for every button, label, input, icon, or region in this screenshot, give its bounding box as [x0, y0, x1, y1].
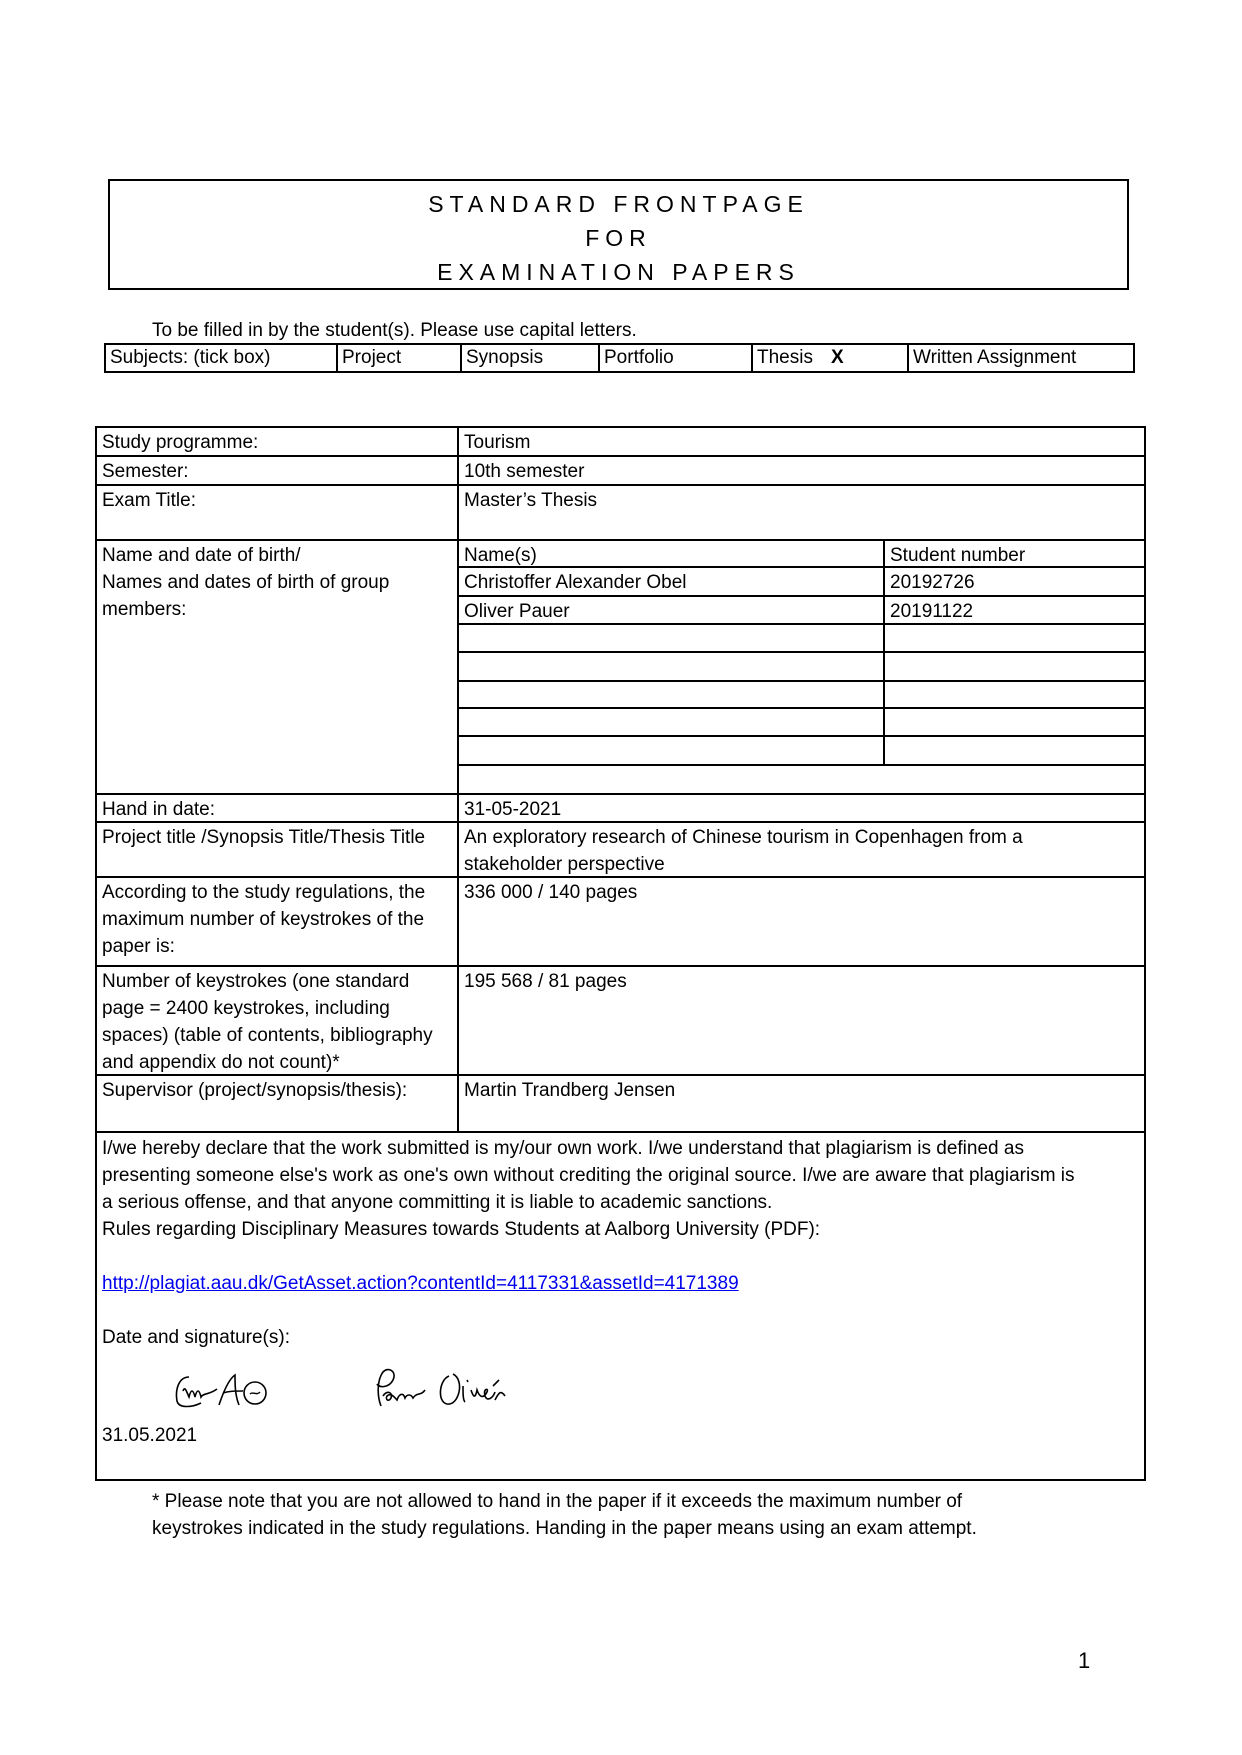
label-line: and appendix do not count)*	[102, 1049, 433, 1076]
hand-in-date-value[interactable]: 31-05-2021	[459, 794, 566, 825]
page-title-box: STANDARD FRONTPAGE FOR EXAMINATION PAPER…	[108, 179, 1129, 290]
member-name-cell[interactable]	[459, 708, 469, 712]
declaration-line: Rules regarding Disciplinary Measures to…	[102, 1216, 1137, 1243]
member-student-number-cell[interactable]	[885, 624, 895, 628]
member-student-number-cell[interactable]	[885, 708, 895, 712]
tick-mark: X	[831, 347, 844, 368]
project-title-line: stakeholder perspective	[464, 851, 1023, 878]
subject-portfolio[interactable]: Portfolio	[599, 344, 752, 372]
member-student-number-cell[interactable]	[885, 652, 895, 656]
members-label-line: Names and dates of birth of group	[102, 569, 389, 596]
label-line: Number of keystrokes (one standard	[102, 968, 433, 995]
member-name-cell[interactable]: Christoffer Alexander Obel	[459, 567, 692, 598]
footnote: * Please note that you are not allowed t…	[152, 1488, 977, 1542]
max-keystrokes-value[interactable]: 336 000 / 140 pages	[459, 877, 642, 908]
member-student-number-cell[interactable]: 20191122	[885, 596, 978, 627]
keystrokes-value[interactable]: 195 568 / 81 pages	[459, 966, 632, 997]
semester-value[interactable]: 10th semester	[459, 456, 589, 487]
declaration-line: I/we hereby declare that the work submit…	[102, 1135, 1137, 1162]
declaration-line: presenting someone else's work as one's …	[102, 1162, 1137, 1189]
member-name-cell[interactable]	[459, 736, 469, 740]
supervisor-value[interactable]: Martin Trandberg Jensen	[459, 1075, 680, 1106]
declaration-line: a serious offense, and that anyone commi…	[102, 1189, 1137, 1216]
study-programme-label: Study programme:	[97, 427, 263, 458]
title-line-1: STANDARD FRONTPAGE	[110, 187, 1127, 221]
label-line: spaces) (table of contents, bibliography	[102, 1022, 433, 1049]
instruction-text: To be filled in by the student(s). Pleas…	[152, 320, 637, 342]
exam-title-value[interactable]: Master’s Thesis	[459, 485, 602, 516]
members-label-line: members:	[102, 596, 389, 623]
signature-oliver-pauer	[367, 1366, 527, 1412]
footnote-line: * Please note that you are not allowed t…	[152, 1488, 977, 1515]
project-title-line: An exploratory research of Chinese touri…	[464, 824, 1023, 851]
signature-label: Date and signature(s):	[102, 1324, 1137, 1351]
subject-label: Written Assignment	[913, 347, 1076, 368]
plagiarism-rules-link[interactable]: http://plagiat.aau.dk/GetAsset.action?co…	[102, 1273, 739, 1294]
subjects-table: Subjects: (tick box) Project Synopsis Po…	[104, 343, 1135, 373]
member-student-number-cell[interactable]	[885, 681, 895, 685]
members-label-line: Name and date of birth/	[102, 542, 389, 569]
subject-thesis[interactable]: ThesisX	[752, 344, 908, 372]
member-student-number-cell[interactable]: 20192726	[885, 567, 980, 598]
page-number: 1	[1078, 1648, 1090, 1674]
project-title-value[interactable]: An exploratory research of Chinese touri…	[459, 822, 1028, 880]
subject-written-assignment[interactable]: Written Assignment	[908, 344, 1134, 372]
subject-label: Synopsis	[466, 347, 543, 368]
declaration-text: I/we hereby declare that the work submit…	[97, 1133, 1142, 1353]
hand-in-date-label: Hand in date:	[97, 794, 220, 825]
label-line: paper is:	[102, 933, 425, 960]
members-label: Name and date of birth/ Names and dates …	[97, 540, 394, 625]
subject-label: Portfolio	[604, 347, 674, 368]
subject-project[interactable]: Project	[337, 344, 461, 372]
label-line: page = 2400 keystrokes, including	[102, 995, 433, 1022]
exam-title-label: Exam Title:	[97, 485, 201, 516]
member-student-number-cell[interactable]	[885, 736, 895, 740]
subject-label: Thesis	[757, 347, 813, 368]
signature-christoffer-obel	[173, 1371, 313, 1411]
member-name-cell[interactable]	[459, 681, 469, 685]
subjects-label: Subjects: (tick box)	[105, 344, 337, 372]
project-title-label: Project title /Synopsis Title/Thesis Tit…	[97, 822, 430, 853]
member-name-cell[interactable]	[459, 624, 469, 628]
member-name-cell[interactable]: Oliver Pauer	[459, 596, 575, 627]
subject-label: Project	[342, 347, 401, 368]
signature-date: 31.05.2021	[97, 1420, 202, 1451]
footnote-line: keystrokes indicated in the study regula…	[152, 1515, 977, 1542]
label-line: According to the study regulations, the	[102, 879, 425, 906]
label-line: maximum number of keystrokes of the	[102, 906, 425, 933]
supervisor-label: Supervisor (project/synopsis/thesis):	[97, 1075, 412, 1106]
subject-synopsis[interactable]: Synopsis	[461, 344, 599, 372]
max-keystrokes-label: According to the study regulations, the …	[97, 877, 430, 962]
study-programme-value[interactable]: Tourism	[459, 427, 536, 458]
member-name-cell[interactable]	[459, 652, 469, 656]
semester-label: Semester:	[97, 456, 194, 487]
exam-form: Study programme: Tourism Semester: 10th …	[95, 426, 1146, 1481]
keystrokes-label: Number of keystrokes (one standard page …	[97, 966, 438, 1078]
title-line-3: EXAMINATION PAPERS	[110, 255, 1127, 289]
title-line-2: FOR	[110, 221, 1127, 255]
